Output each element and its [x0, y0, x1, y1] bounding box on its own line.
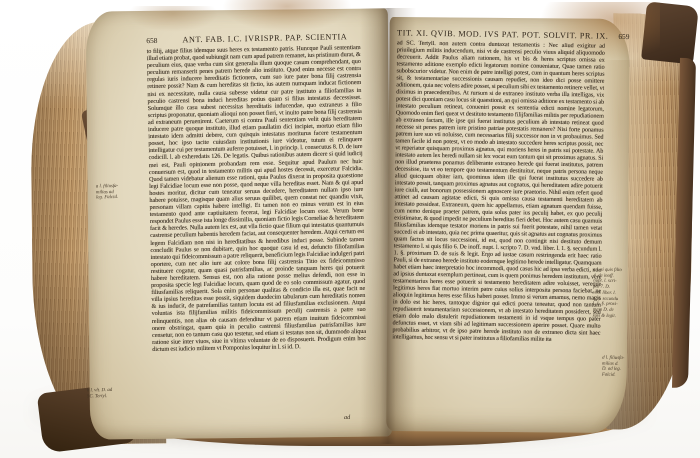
left-page-body: to filij, atque filius idemque suus here… [146, 44, 367, 424]
margin-note-c: c l. si quis filio 4. de inoff. nupt. l.… [593, 268, 640, 320]
catchword: ad [344, 414, 350, 421]
left-page-number: 658 [146, 36, 157, 45]
right-page-number: 659 [618, 32, 629, 41]
margin-note-a: a l. filiusfa- milias ad leg. Falcid. [96, 184, 138, 202]
right-page-text: TIT. XI. QVIB. MOD. IVS PAT. POT. SOLVIT… [391, 28, 605, 429]
cover-corner-top-right [641, 1, 699, 64]
right-running-header: TIT. XI. QVIB. MOD. IVS PAT. POT. SOLVIT… [397, 28, 608, 40]
margin-note-b: b l. vlt. D. ad SC. Tertyl. [87, 388, 133, 400]
margin-note-d: d l. filiusfa- milias d. D. ad leg. Falc… [602, 356, 646, 380]
right-page-header: TIT. XI. QVIB. MOD. IVS PAT. POT. SOLVIT… [397, 28, 605, 40]
book-photo: 658 ANT. FAB. I.C. IVRISPR. PAP. SCIENTI… [0, 0, 700, 458]
left-page-text: 658 ANT. FAB. I.C. IVRISPR. PAP. SCIENTI… [146, 32, 368, 430]
right-page-body: ad SC. Tertyll. non autem contra duntaxa… [391, 40, 605, 431]
